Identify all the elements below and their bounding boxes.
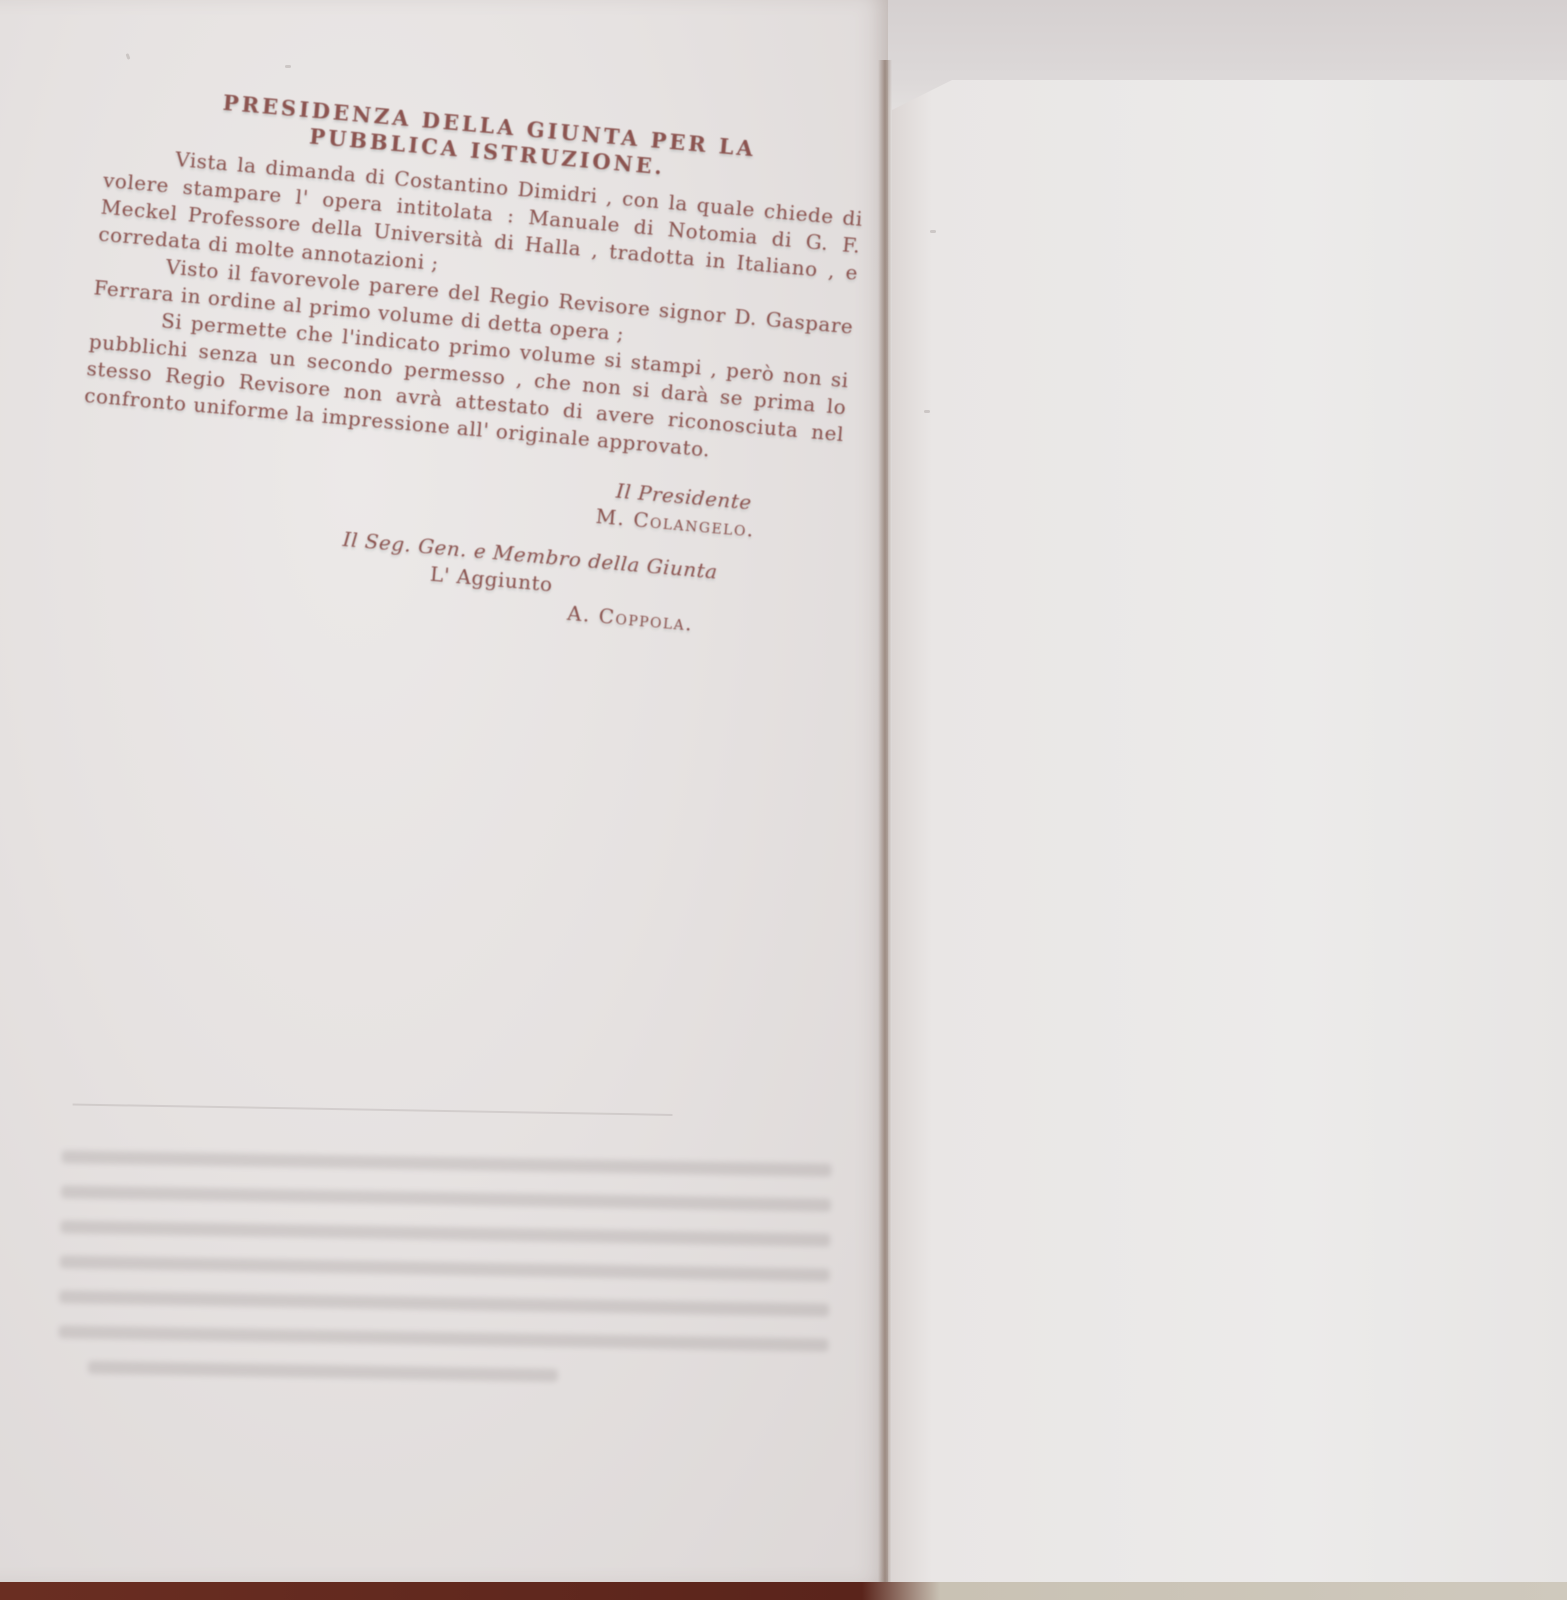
ghost-line	[61, 1185, 831, 1211]
book-gutter	[878, 60, 892, 1590]
ghost-line	[60, 1220, 830, 1246]
paper-speck	[930, 230, 936, 233]
ghost-line	[88, 1361, 558, 1382]
paper-speck	[924, 410, 930, 413]
ghost-line	[59, 1290, 829, 1316]
ghost-line	[60, 1255, 830, 1281]
ghost-line	[62, 1150, 832, 1176]
ghost-line	[59, 1325, 829, 1351]
book-bottom-edge	[0, 1582, 1567, 1600]
paper-speck	[285, 65, 291, 68]
bleed-through-text	[58, 1103, 833, 1408]
right-page	[892, 80, 1567, 1582]
footnote-rule	[73, 1103, 673, 1115]
imprimatur-text: PRESIDENZA DELLA GIUNTA PER LA PUBBLICA …	[68, 80, 869, 649]
paper-speck	[126, 53, 131, 60]
left-page: PRESIDENZA DELLA GIUNTA PER LA PUBBLICA …	[0, 0, 888, 1582]
